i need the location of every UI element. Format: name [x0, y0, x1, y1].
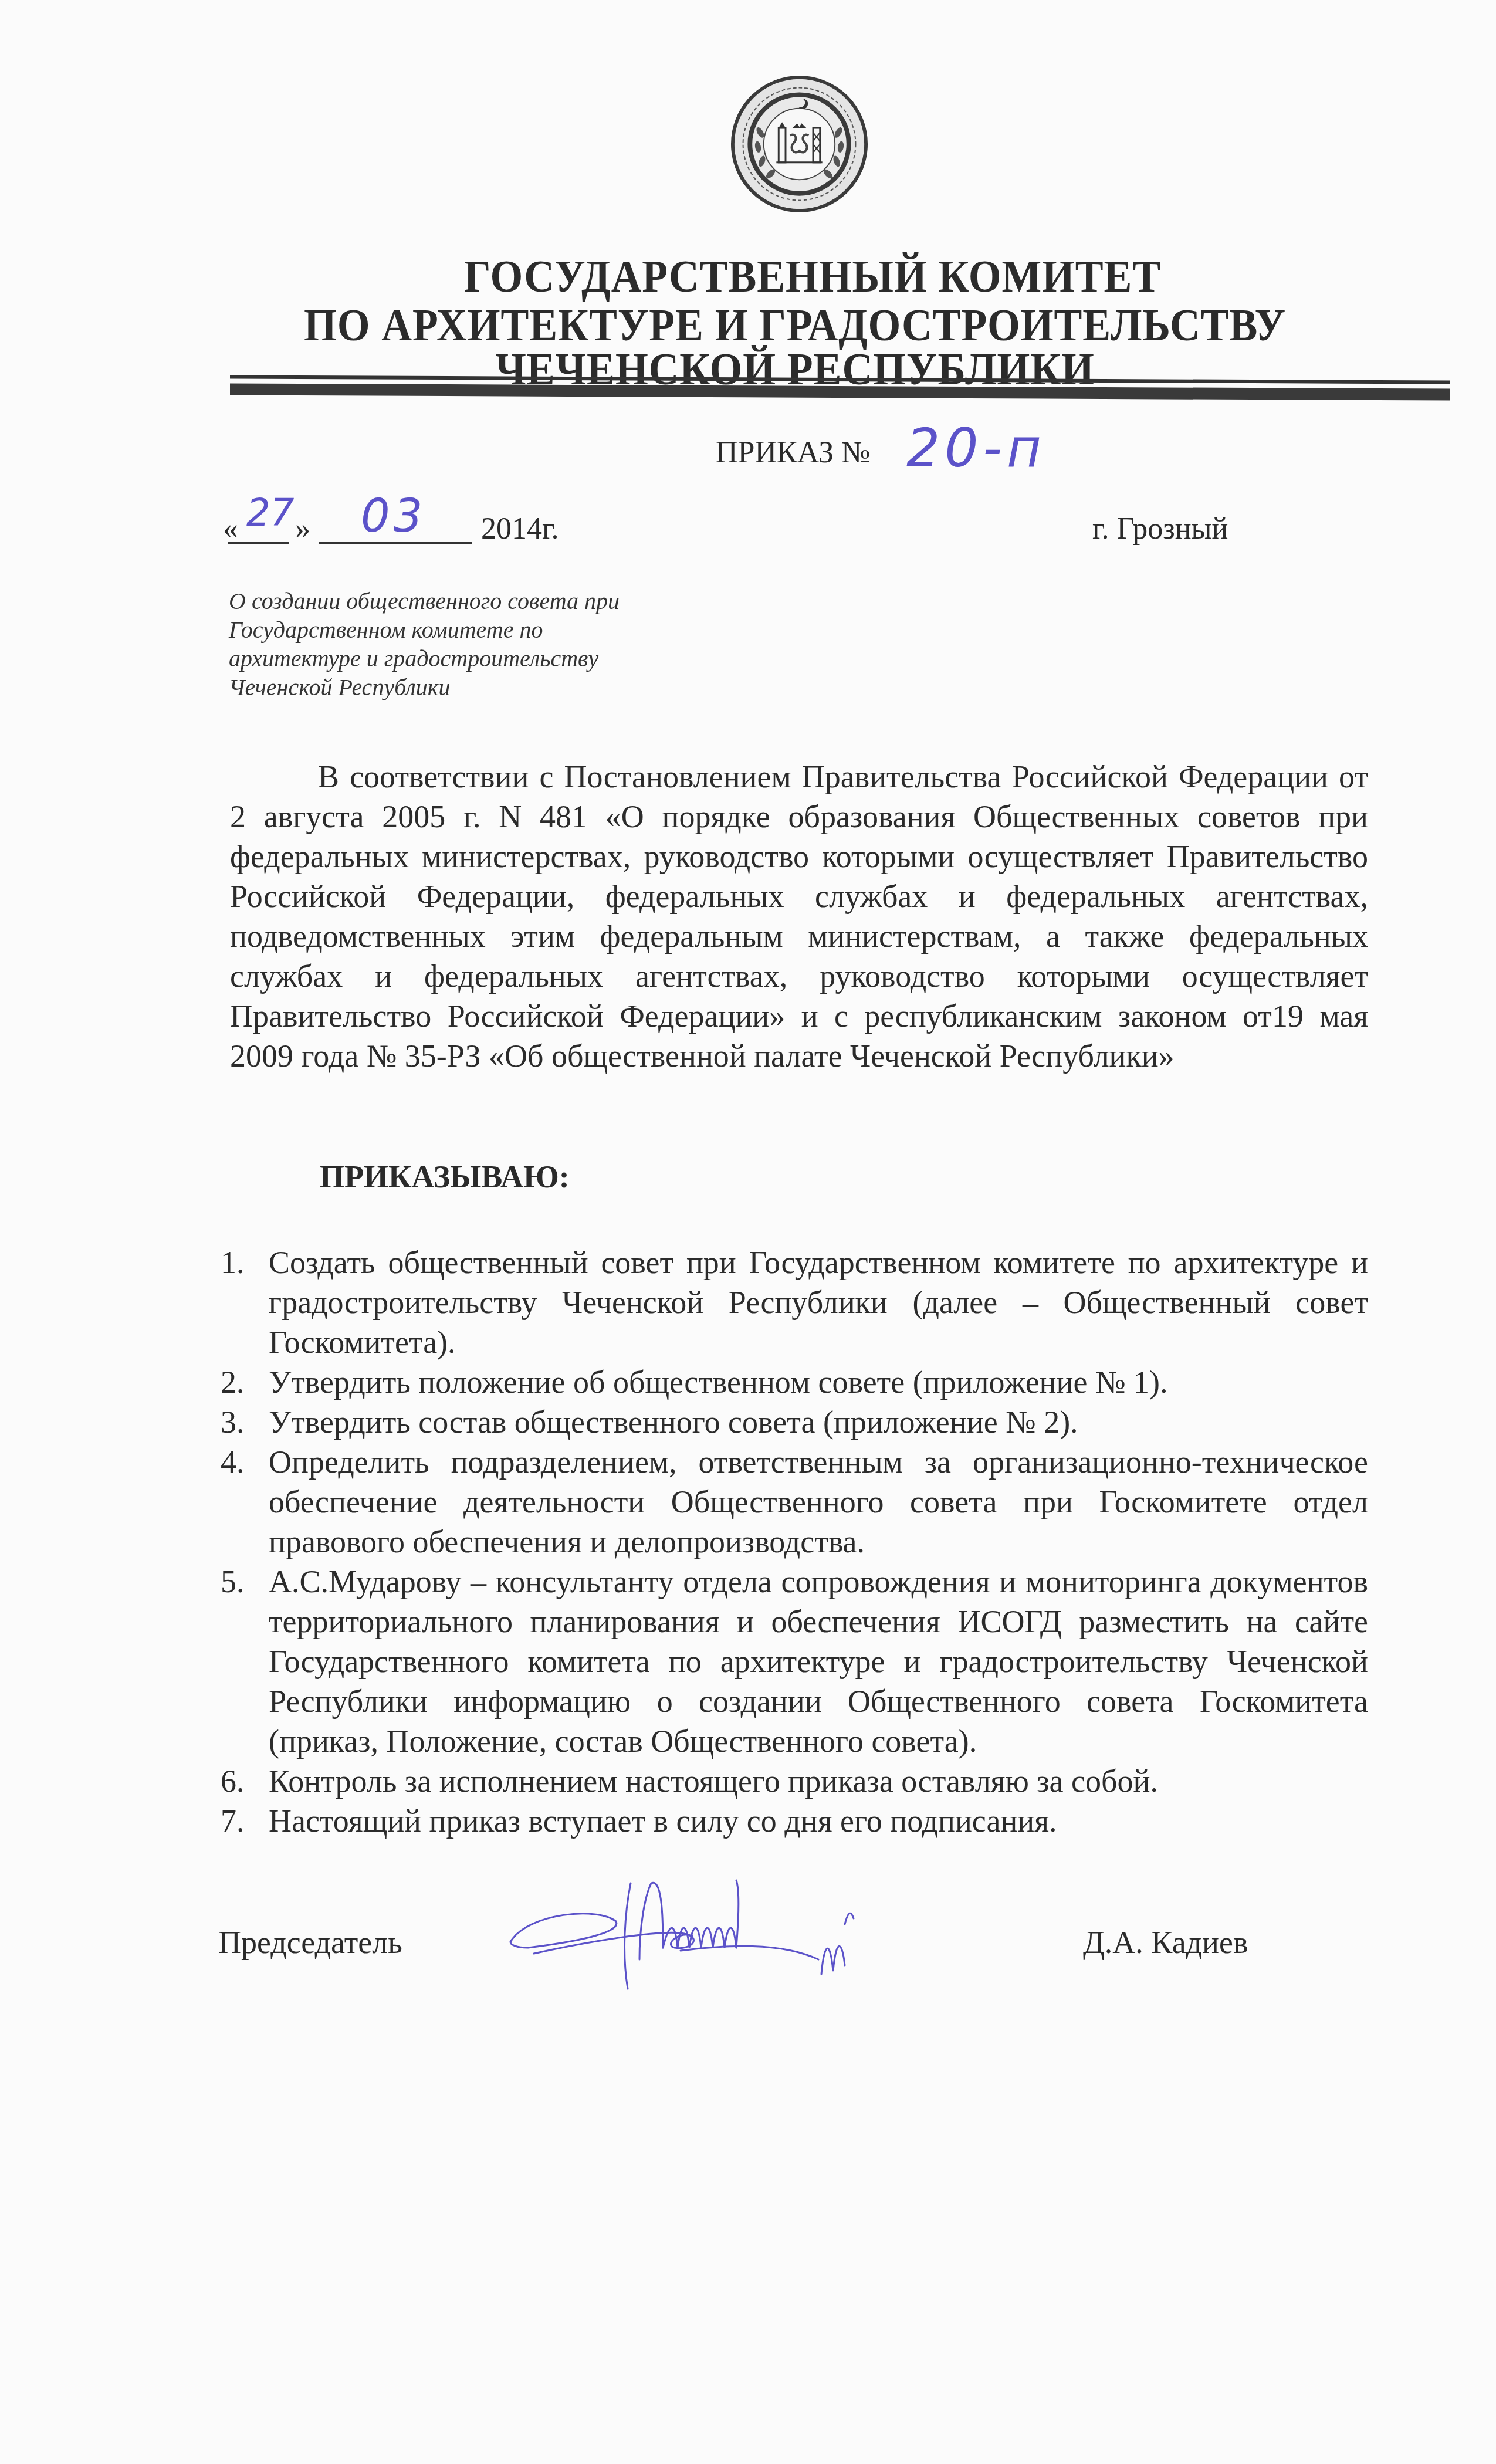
order-number-handwritten: 20-п: [906, 418, 1046, 479]
date-day-handwritten: 27: [246, 492, 294, 535]
order-items-list: 1.Создать общественный совет при Государ…: [217, 1243, 1368, 1841]
order-label: ПРИКАЗ №: [716, 435, 871, 470]
item-number: 1.: [221, 1243, 245, 1282]
order-heading: ПРИКАЗЫВАЮ:: [320, 1159, 570, 1195]
preamble-paragraph: В соответствии с Постановлением Правител…: [230, 757, 1368, 1076]
signatory-name: Д.А. Кадиев: [1083, 1924, 1248, 1961]
date-month-handwritten: 03: [361, 490, 426, 543]
item-text: Создать общественный совет при Государст…: [269, 1243, 1368, 1362]
order-item: 2.Утвердить положение об общественном со…: [217, 1362, 1368, 1402]
order-item: 6.Контроль за исполнением настоящего при…: [217, 1761, 1368, 1801]
item-text: Утвердить состав общественного совета (п…: [269, 1402, 1368, 1442]
order-item: 3.Утвердить состав общественного совета …: [217, 1402, 1368, 1442]
handwritten-signature-icon: [505, 1877, 1021, 2012]
org-name-line-1: ГОСУДАРСТВЕННЫЙ КОМИТЕТ: [124, 253, 1496, 299]
item-number: 2.: [221, 1362, 245, 1402]
city: г. Грозный: [1092, 512, 1228, 546]
item-number: 6.: [221, 1761, 245, 1801]
item-number: 4.: [221, 1442, 245, 1482]
item-text: А.С.Мударову – консультанту отдела сопро…: [269, 1562, 1368, 1761]
item-number: 3.: [221, 1402, 245, 1442]
order-item: 4.Определить подразделением, ответственн…: [217, 1442, 1368, 1562]
order-item: 1.Создать общественный совет при Государ…: [217, 1243, 1368, 1362]
order-item: 5.А.С.Мударову – консультанту отдела соп…: [217, 1562, 1368, 1761]
item-number: 7.: [221, 1801, 245, 1841]
order-subject: О создании общественного совета при Госу…: [229, 587, 675, 702]
date-day-underline: [228, 542, 289, 544]
item-text: Настоящий приказ вступает в силу со дня …: [269, 1801, 1368, 1841]
date-open-quote: «: [223, 512, 238, 546]
item-text: Определить подразделением, ответственным…: [269, 1442, 1368, 1562]
signatory-title: Председатель: [218, 1924, 402, 1961]
order-item: 7.Настоящий приказ вступает в силу со дн…: [217, 1801, 1368, 1841]
coat-of-arms-emblem-icon: [730, 75, 868, 213]
item-text: Контроль за исполнением настоящего прика…: [269, 1761, 1368, 1801]
date-month-underline: [319, 542, 472, 544]
item-text: Утвердить положение об общественном сове…: [269, 1362, 1368, 1402]
item-number: 5.: [221, 1562, 245, 1602]
date-close-quote: »: [295, 512, 310, 546]
date-year: 2014г.: [481, 512, 559, 546]
org-name-line-2: ПО АРХИТЕКТУРЕ И ГРАДОСТРОИТЕЛЬСТВУ: [107, 302, 1483, 348]
